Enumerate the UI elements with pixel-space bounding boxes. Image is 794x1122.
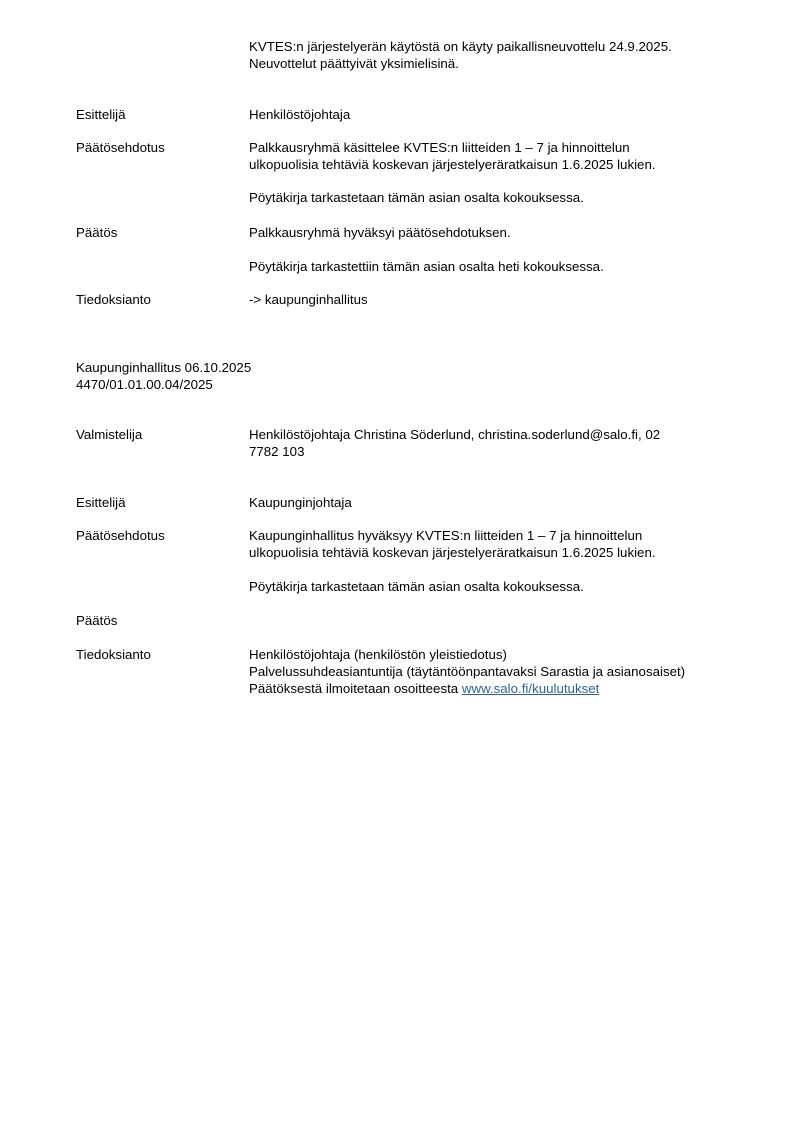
paatosehdotus-line: Kaupunginhallitus hyväksyy KVTES:n liitt… <box>249 527 642 544</box>
tiedoksianto-label: Tiedoksianto <box>76 291 151 308</box>
valmistelija-line: 7782 103 <box>249 443 304 460</box>
valmistelija-line: Henkilöstöjohtaja Christina Söderlund, c… <box>249 426 660 443</box>
paatosehdotus-line: Palkkausryhmä käsittelee KVTES:n liittei… <box>249 139 630 156</box>
paatosehdotus-note: Pöytäkirja tarkastetaan tämän asian osal… <box>249 189 584 206</box>
esittelija-value: Kaupunginjohtaja <box>249 494 352 511</box>
record-id: 4470/01.01.00.04/2025 <box>76 376 213 393</box>
intro-line: KVTES:n järjestelyerän käytöstä on käyty… <box>249 38 672 55</box>
valmistelija-label: Valmistelija <box>76 426 142 443</box>
paatos-label: Päätös <box>76 224 117 241</box>
paatosehdotus-line: ulkopuolisia tehtäviä koskevan järjestel… <box>249 544 656 561</box>
notice-text: Päätöksestä ilmoitetaan osoitteesta <box>249 681 462 696</box>
esittelija-label: Esittelijä <box>76 494 126 511</box>
tiedoksianto-notice: Päätöksestä ilmoitetaan osoitteesta www.… <box>249 680 599 697</box>
paatosehdotus-note: Pöytäkirja tarkastetaan tämän asian osal… <box>249 578 584 595</box>
intro-line: Neuvottelut päättyivät yksimielisinä. <box>249 55 459 72</box>
document-page: KVTES:n järjestelyerän käytöstä on käyty… <box>0 0 794 1122</box>
paatosehdotus-label: Päätösehdotus <box>76 139 165 156</box>
paatosehdotus-line: ulkopuolisia tehtäviä koskevan järjestel… <box>249 156 656 173</box>
paatosehdotus-label: Päätösehdotus <box>76 527 165 544</box>
paatos-value: Palkkausryhmä hyväksyi päätösehdotuksen. <box>249 224 511 241</box>
kuulutukset-link[interactable]: www.salo.fi/kuulutukset <box>462 681 599 696</box>
esittelija-value: Henkilöstöjohtaja <box>249 106 350 123</box>
paatos-note: Pöytäkirja tarkastettiin tämän asian osa… <box>249 258 604 275</box>
tiedoksianto-line: Palvelussuhdeasiantuntija (täytäntöönpan… <box>249 663 685 680</box>
tiedoksianto-label: Tiedoksianto <box>76 646 151 663</box>
esittelija-label: Esittelijä <box>76 106 126 123</box>
meeting-title: Kaupunginhallitus 06.10.2025 <box>76 359 251 376</box>
tiedoksianto-value: -> kaupunginhallitus <box>249 291 368 308</box>
paatos-label: Päätös <box>76 612 117 629</box>
tiedoksianto-line: Henkilöstöjohtaja (henkilöstön yleistied… <box>249 646 507 663</box>
